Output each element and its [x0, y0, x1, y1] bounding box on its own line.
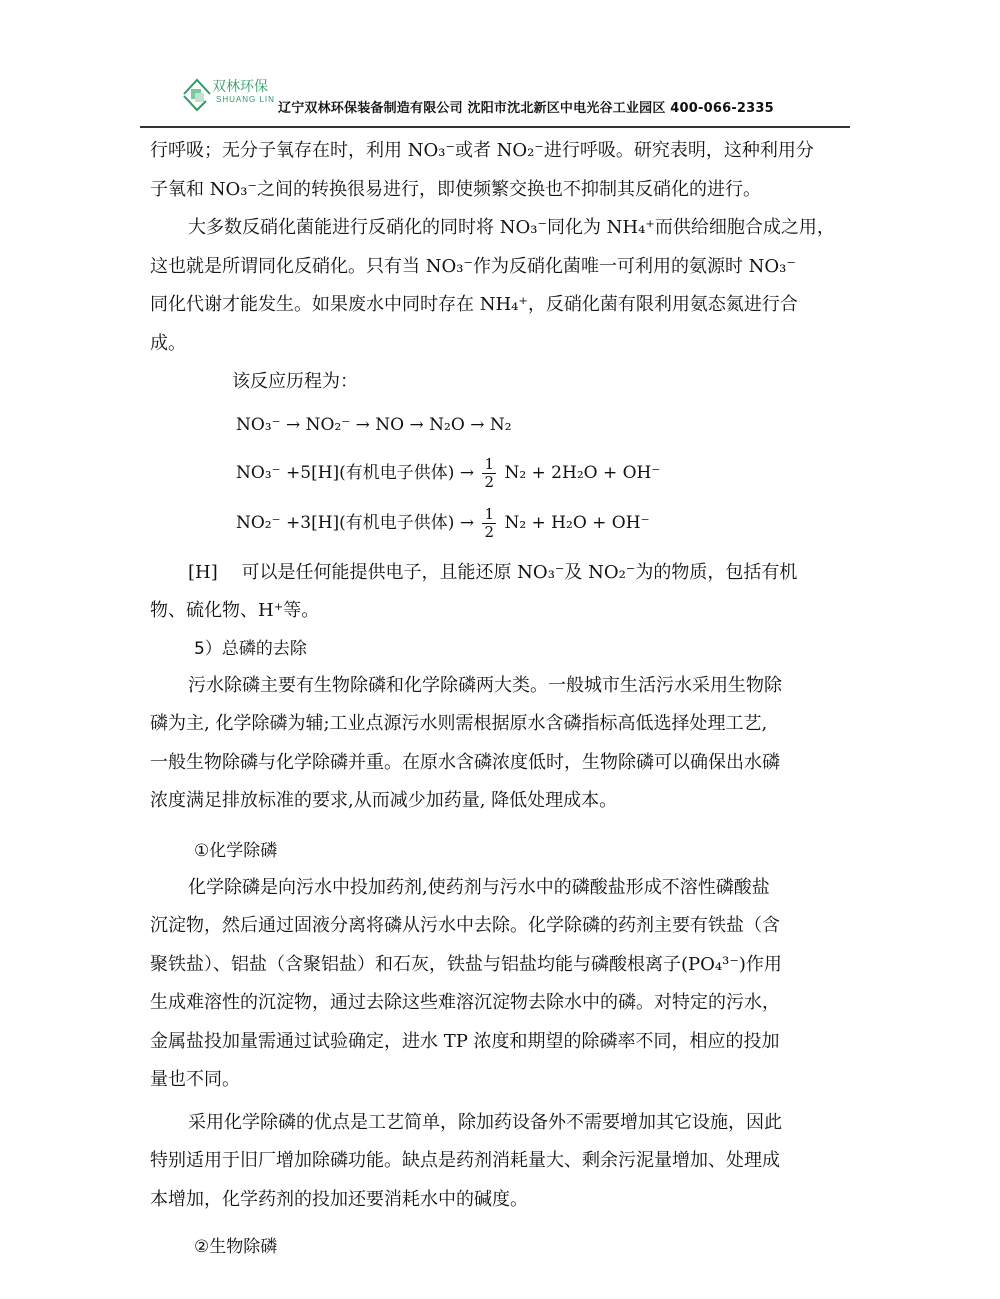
equation-right: N₂ + H₂O + OH⁻ [504, 513, 649, 533]
fraction-half: 12 [482, 456, 496, 491]
text-line: 子氧和 NO₃⁻之间的转换很易进行，即使频繁交换也不抑制其反硝化的进行。 [150, 171, 860, 210]
text-line: 同化代谢才能发生。如果废水中同时存在 NH₄⁺，反硝化菌有限利用氨态氮进行合 [150, 286, 860, 325]
text-line: 化学除磷是向污水中投加药剂,使药剂与污水中的磷酸盐形成不溶性磷酸盐 [150, 869, 860, 908]
text-line: 沉淀物，然后通过固液分离将磷从污水中去除。化学除磷的药剂主要有铁盐（含 [150, 907, 860, 946]
page-header: 双林环保 SHUANG LIN 辽宁双林环保装备制造有限公司 沈阳市沈北新区中电… [0, 0, 1000, 130]
fraction-denominator: 2 [484, 474, 494, 491]
document-body: 行呼吸；无分子氧存在时，利用 NO₃⁻或者 NO₂⁻进行呼吸。研究表明，这种利用… [150, 132, 860, 1265]
fraction-numerator: 1 [482, 456, 496, 474]
company-info: 辽宁双林环保装备制造有限公司 沈阳市沈北新区中电光谷工业园区 400-066-2… [278, 97, 774, 116]
reaction-intro: 该反应历程为： [150, 363, 860, 402]
section-heading-phosphorus: 5）总磷的去除 [150, 631, 860, 667]
equation-left: NO₃⁻ +5[H](有机电子供体) → [236, 463, 474, 483]
header-divider [140, 126, 850, 128]
text-line: [H] 可以是任何能提供电子，且能还原 NO₃⁻及 NO₂⁻为的物质，包括有机 [150, 554, 860, 593]
equation-nitrite: NO₂⁻ +3[H](有机电子供体) → 12 N₂ + H₂O + OH⁻ [150, 498, 860, 548]
text-line: 这也就是所谓同化反硝化。只有当 NO₃⁻作为反硝化菌唯一可利用的氨源时 NO₃⁻ [150, 248, 860, 287]
equation-left: NO₂⁻ +3[H](有机电子供体) → [236, 513, 474, 533]
text-line: 聚铁盐）、铝盐（含聚铝盐）和石灰，铁盐与铝盐均能与磷酸根离子(PO₄³⁻)作用 [150, 946, 860, 985]
paragraph-chemical-pros-cons: 采用化学除磷的优点是工艺简单，除加药设备外不需要增加其它设施，因此 特别适用于旧… [150, 1104, 860, 1220]
logo-chinese-name: 双林环保 [212, 76, 268, 96]
text-line: 本增加，化学药剂的投加还要消耗水中的碱度。 [150, 1181, 860, 1220]
text-line: 采用化学除磷的优点是工艺简单，除加药设备外不需要增加其它设施，因此 [150, 1104, 860, 1143]
text-line: 金属盐投加量需通过试验确定，进水 TP 浓度和期望的除磷率不同，相应的投加 [150, 1023, 860, 1062]
paragraph-assimilation: 大多数反硝化菌能进行反硝化的同时将 NO₃⁻同化为 NH₄⁺而供给细胞合成之用，… [150, 209, 860, 363]
company-logo: 双林环保 SHUANG LIN [180, 74, 290, 118]
fraction-half: 12 [482, 506, 496, 541]
fraction-numerator: 1 [482, 506, 496, 524]
text-line: 生成难溶性的沉淀物，通过去除这些难溶沉淀物去除水中的磷。对特定的污水， [150, 984, 860, 1023]
paragraph-respiration: 行呼吸；无分子氧存在时，利用 NO₃⁻或者 NO₂⁻进行呼吸。研究表明，这种利用… [150, 132, 860, 209]
text-line: 成。 [150, 325, 860, 364]
equation-pathway: NO₃⁻ → NO₂⁻ → NO → N₂O → N₂ [150, 402, 860, 448]
equation-nitrate: NO₃⁻ +5[H](有机电子供体) → 12 N₂ + 2H₂O + OH⁻ [150, 448, 860, 498]
text-line: 浓度满足排放标准的要求,从而减少加药量, 降低处理成本。 [150, 782, 860, 821]
text-line: 一般生物除磷与化学除磷并重。在原水含磷浓度低时，生物除磷可以确保出水磷 [150, 744, 860, 783]
logo-english-name: SHUANG LIN [216, 95, 275, 104]
subheading-biological-removal: ②生物除磷 [150, 1229, 860, 1265]
paragraph-phosphorus-overview: 污水除磷主要有生物除磷和化学除磷两大类。一般城市生活污水采用生物除 磷为主, 化… [150, 667, 860, 821]
text-line: 大多数反硝化菌能进行反硝化的同时将 NO₃⁻同化为 NH₄⁺而供给细胞合成之用， [150, 209, 860, 248]
equation-right: N₂ + 2H₂O + OH⁻ [504, 463, 660, 483]
paragraph-chemical-removal: 化学除磷是向污水中投加药剂,使药剂与污水中的磷酸盐形成不溶性磷酸盐 沉淀物，然后… [150, 869, 860, 1100]
text-line: 磷为主, 化学除磷为辅;工业点源污水则需根据原水含磷指标高低选择处理工艺, [150, 705, 860, 744]
logo-diamond-icon [180, 74, 214, 114]
text-line: 物、硫化物、H⁺等。 [150, 592, 860, 631]
paragraph-electron-donor: [H] 可以是任何能提供电子，且能还原 NO₃⁻及 NO₂⁻为的物质，包括有机 … [150, 554, 860, 631]
text-line: 行呼吸；无分子氧存在时，利用 NO₃⁻或者 NO₂⁻进行呼吸。研究表明，这种利用… [150, 132, 860, 171]
text-line: 污水除磷主要有生物除磷和化学除磷两大类。一般城市生活污水采用生物除 [150, 667, 860, 706]
fraction-denominator: 2 [484, 524, 494, 541]
subheading-chemical-removal: ①化学除磷 [150, 833, 860, 869]
text-line: 量也不同。 [150, 1061, 860, 1100]
text-line: 特别适用于旧厂增加除磷功能。缺点是药剂消耗量大、剩余污泥量增加、处理成 [150, 1142, 860, 1181]
